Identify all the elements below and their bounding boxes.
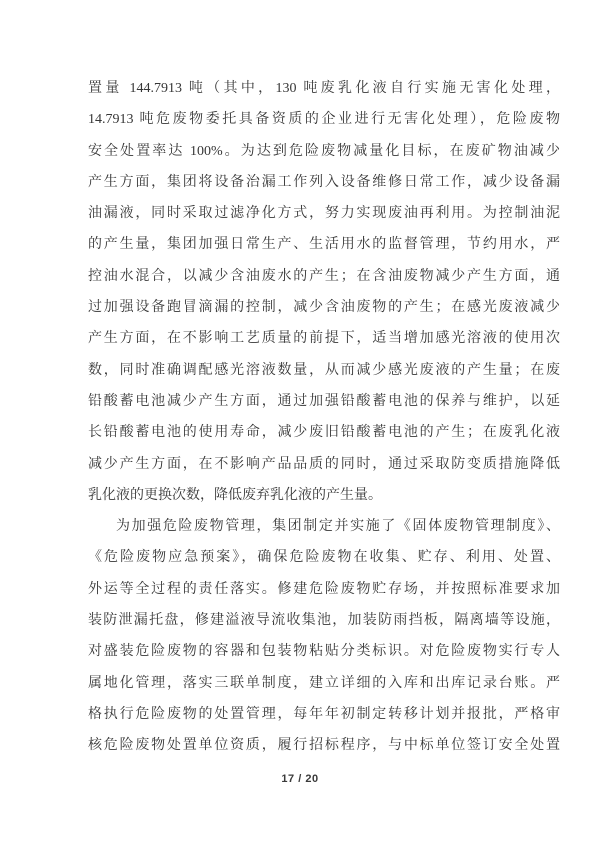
text-line: 产生方面，集团将设备治漏工作列入设备维修日常工作，减少设备漏	[88, 167, 560, 198]
text-line: 《危险废物应急预案》，确保危险废物在收集、贮存、利用、处置、	[88, 542, 560, 573]
text-line: 长铅酸蓄电池的使用寿命，减少废旧铅酸蓄电池的产生；在废乳化液	[88, 417, 560, 448]
text-line: 产生方面，在不影响工艺质量的前提下，适当增加感光溶液的使用次	[88, 323, 560, 354]
text-line: 减少产生方面，在不影响产品品质的同时，通过采取防变质措施降低	[88, 449, 560, 480]
text-line: 油漏液，同时采取过滤净化方式，努力实现废油再利用。为控制油泥	[88, 198, 560, 229]
text-line: 外运等全过程的责任落实。修建危险废物贮存场，并按照标准要求加	[88, 574, 560, 605]
text-line: 装防泄漏托盘，修建溢液导流收集池，加装防雨挡板，隔离墙等设施，	[88, 605, 560, 636]
document-page: 置量 144.7913 吨（其中，130 吨废乳化液自行实施无害化处理，14.7…	[0, 0, 600, 848]
text-line: 核危险废物处置单位资质，履行招标程序，与中标单位签订安全处置	[88, 730, 560, 761]
body-text: 置量 144.7913 吨（其中，130 吨废乳化液自行实施无害化处理，14.7…	[88, 73, 560, 762]
text-line: 对盛装危险废物的容器和包装物粘贴分类标识。对危险废物实行专人	[88, 636, 560, 667]
text-line: 格执行危险废物的处置管理，每年年初制定转移计划并报批，严格审	[88, 699, 560, 730]
text-line: 安全处置率达 100%。为达到危险废物减量化目标，在废矿物油减少	[88, 136, 560, 167]
text-line: 为加强危险废物管理，集团制定并实施了《固体废物管理制度》、	[88, 511, 560, 542]
text-line: 过加强设备跑冒滴漏的控制，减少含油废物的产生；在感光废液减少	[88, 292, 560, 323]
text-line: 14.7913 吨危废物委托具备资质的企业进行无害化处理），危险废物	[88, 104, 560, 135]
text-line: 置量 144.7913 吨（其中，130 吨废乳化液自行实施无害化处理，	[88, 73, 560, 104]
text-line: 的产生量，集团加强日常生产、生活用水的监督管理，节约用水，严	[88, 229, 560, 260]
text-line: 铅酸蓄电池减少产生方面，通过加强铅酸蓄电池的保养与维护，以延	[88, 386, 560, 417]
text-line: 控油水混合，以减少含油废水的产生；在含油废物减少产生方面，通	[88, 261, 560, 292]
text-line: 乳化液的更换次数，降低废弃乳化液的产生量。	[88, 480, 560, 511]
text-line: 属地化管理，落实三联单制度，建立详细的入库和出库记录台账。严	[88, 668, 560, 699]
page-number: 17 / 20	[0, 773, 600, 785]
text-line: 数，同时准确调配感光溶液数量，从而减少感光废液的产生量；在废	[88, 355, 560, 386]
